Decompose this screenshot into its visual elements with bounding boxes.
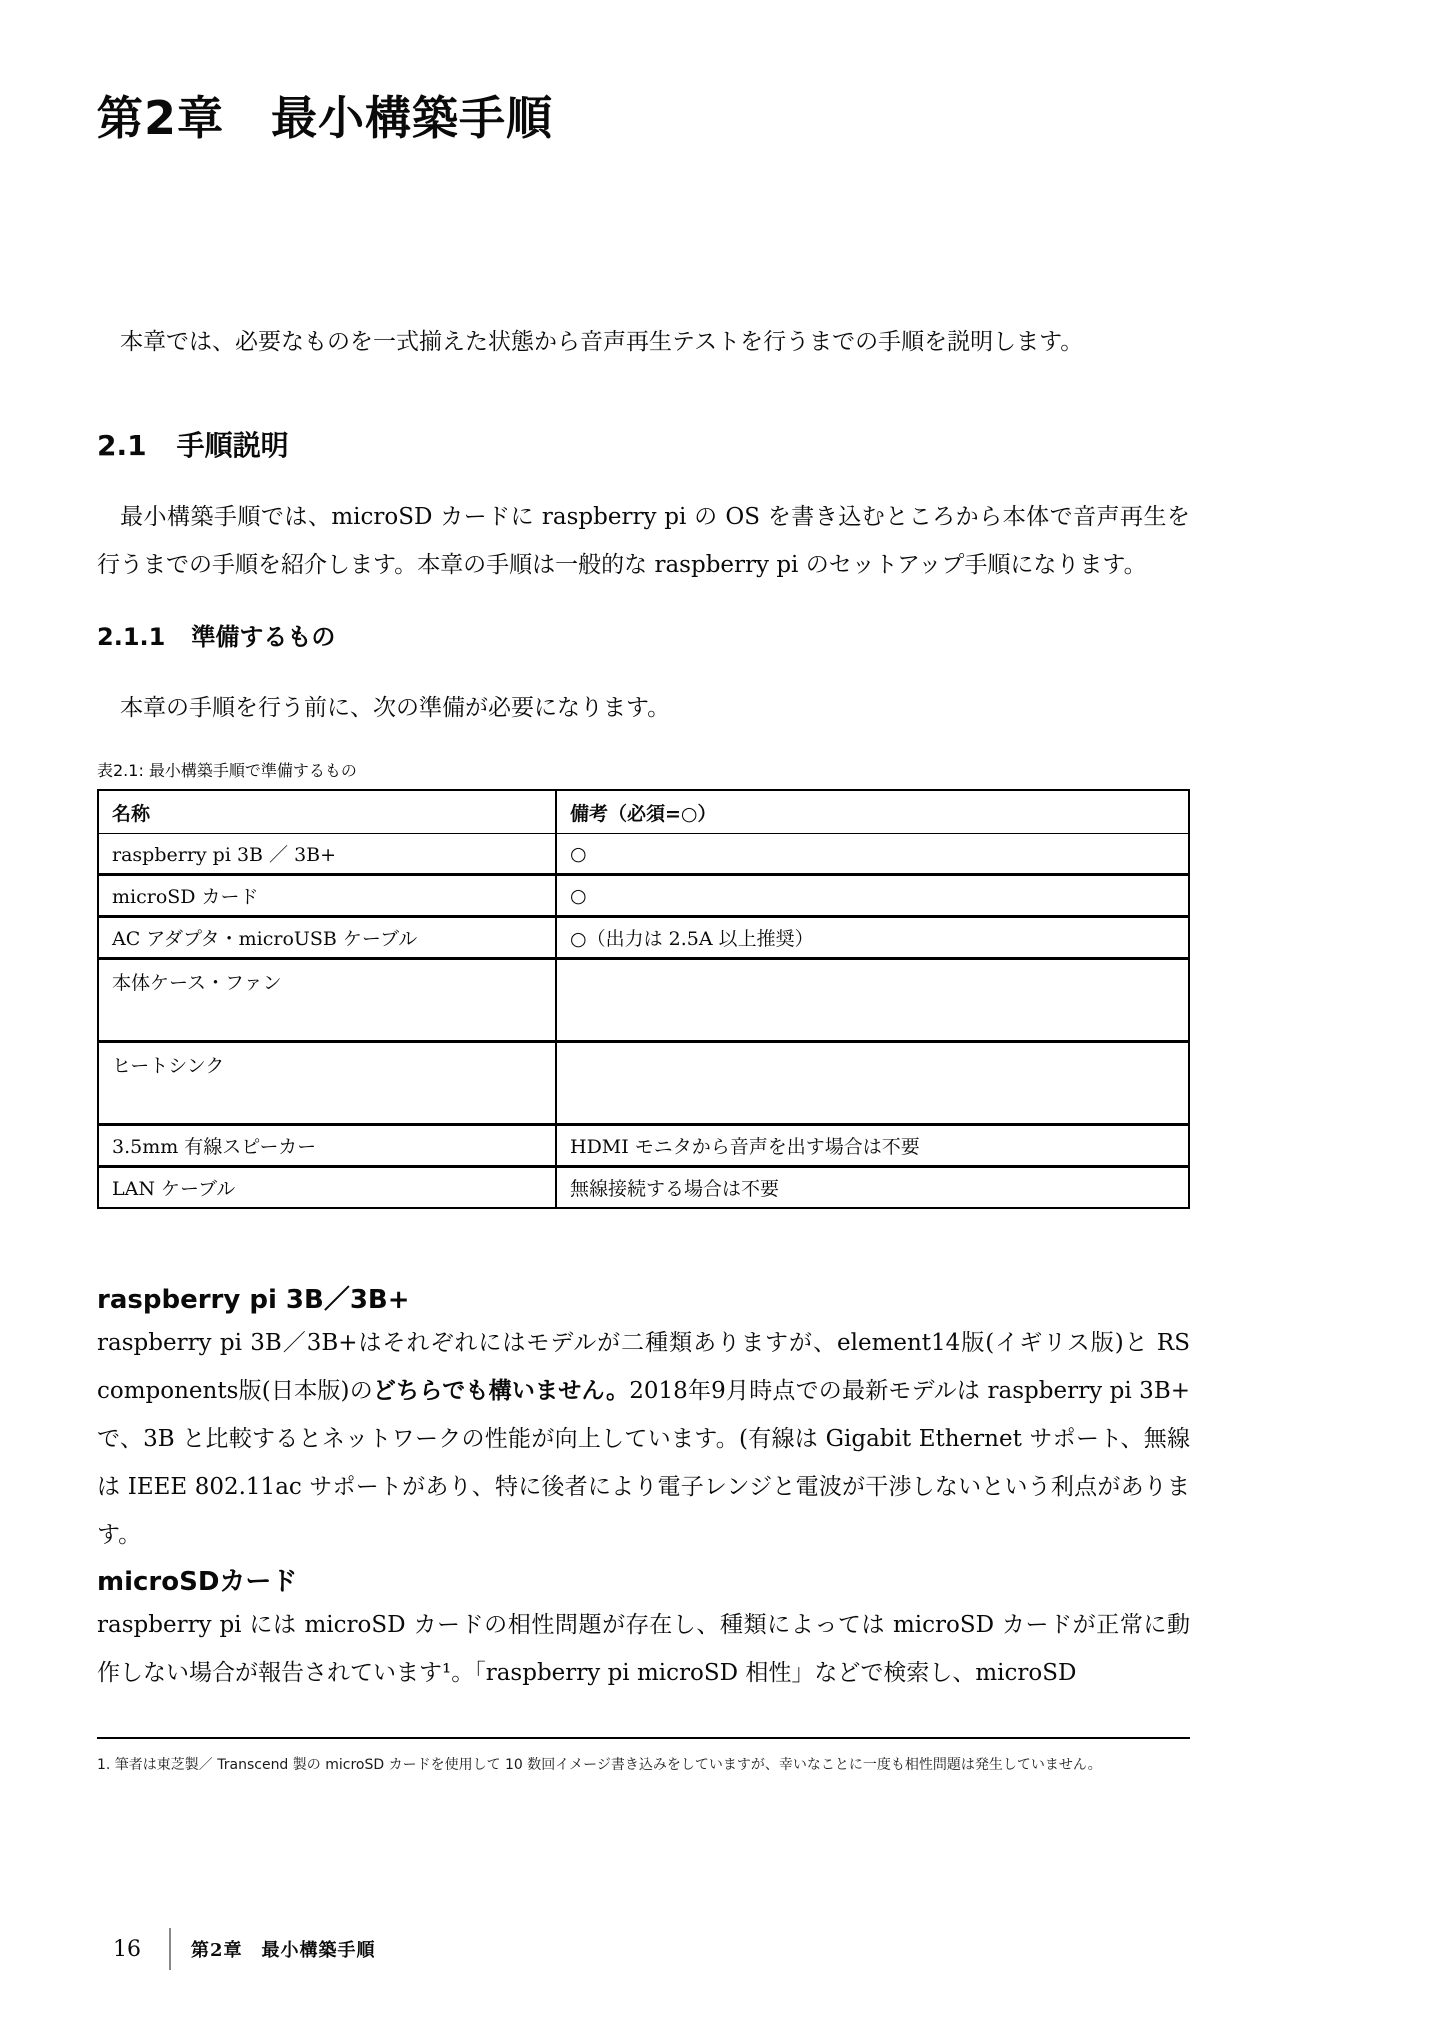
item-remark-cell: HDMI モニタから音声を出す場合は不要 <box>556 1125 1189 1167</box>
subsection-paragraph: 本章の手順を行う前に、次の準備が必要になります。 <box>97 688 1190 728</box>
subsection-number: 2.1.1 <box>97 623 165 651</box>
footer-divider-bar <box>169 1928 171 1970</box>
subsection-title: 準備するもの <box>191 623 335 651</box>
preparation-table: 名称 備考（必須=○） raspberry pi 3B ／ 3B+○microS… <box>97 789 1190 1209</box>
item1-paragraph: raspberry pi 3B／3B+はそれぞれにはモデルが二種類ありますが、e… <box>97 1319 1190 1559</box>
item1-text-bold: どちらでも構いません。 <box>373 1378 629 1404</box>
table-row: AC アダプタ・microUSB ケーブル○（出力は 2.5A 以上推奨） <box>98 917 1189 959</box>
item-remark-cell: ○ <box>556 875 1189 917</box>
table-row: 本体ケース・ファン <box>98 959 1189 1042</box>
table-row: microSD カード○ <box>98 875 1189 917</box>
footnote-divider <box>97 1737 1190 1739</box>
table-row: 3.5mm 有線スピーカーHDMI モニタから音声を出す場合は不要 <box>98 1125 1189 1167</box>
footer-chapter-label: 第2章 最小構築手順 <box>191 1936 376 1962</box>
chapter-title: 第2章 最小構築手順 <box>97 91 1190 146</box>
chapter-intro-paragraph: 本章では、必要なものを一式揃えた状態から音声再生テストを行うまでの手順を説明しま… <box>97 322 1190 362</box>
section-number: 2.1 <box>97 429 147 462</box>
table-body: raspberry pi 3B ／ 3B+○microSD カード○AC アダプ… <box>98 834 1189 1209</box>
item-remark-cell <box>556 959 1189 1042</box>
item-name-cell: microSD カード <box>98 875 556 917</box>
item-remark-cell: 無線接続する場合は不要 <box>556 1167 1189 1209</box>
item-name-cell: LAN ケーブル <box>98 1167 556 1209</box>
item-remark-cell: ○ <box>556 834 1189 875</box>
item-name-cell: 本体ケース・ファン <box>98 959 556 1042</box>
table-header-row: 名称 備考（必須=○） <box>98 790 1189 834</box>
item-remark-cell <box>556 1042 1189 1125</box>
item1-heading: raspberry pi 3B／3B+ <box>97 1284 1190 1316</box>
header-name-column: 名称 <box>98 790 556 834</box>
item-remark-cell: ○（出力は 2.5A 以上推奨） <box>556 917 1189 959</box>
item2-heading: microSDカード <box>97 1566 1190 1598</box>
document-page: 第2章 最小構築手順 本章では、必要なものを一式揃えた状態から音声再生テストを行… <box>0 0 1433 2024</box>
footnote-text: 1. 筆者は東芝製／ Transcend 製の microSD カードを使用して… <box>97 1755 1190 1775</box>
item-name-cell: raspberry pi 3B ／ 3B+ <box>98 834 556 875</box>
section-paragraph: 最小構築手順では、microSD カードに raspberry pi の OS … <box>97 493 1190 589</box>
table-row: ヒートシンク <box>98 1042 1189 1125</box>
table-row: LAN ケーブル無線接続する場合は不要 <box>98 1167 1189 1209</box>
item-name-cell: 3.5mm 有線スピーカー <box>98 1125 556 1167</box>
item2-paragraph: raspberry pi には microSD カードの相性問題が存在し、種類に… <box>97 1601 1190 1697</box>
table-row: raspberry pi 3B ／ 3B+○ <box>98 834 1189 875</box>
page-footer: 16 第2章 最小構築手順 <box>113 1928 376 1970</box>
section-title: 手順説明 <box>177 429 289 462</box>
subsection-heading: 2.1.1準備するもの <box>97 622 1190 652</box>
page-number: 16 <box>113 1937 141 1962</box>
item-name-cell: AC アダプタ・microUSB ケーブル <box>98 917 556 959</box>
table-caption: 表2.1: 最小構築手順で準備するもの <box>97 759 1190 783</box>
item-name-cell: ヒートシンク <box>98 1042 556 1125</box>
section-heading: 2.1手順説明 <box>97 428 1190 464</box>
header-remark-column: 備考（必須=○） <box>556 790 1189 834</box>
